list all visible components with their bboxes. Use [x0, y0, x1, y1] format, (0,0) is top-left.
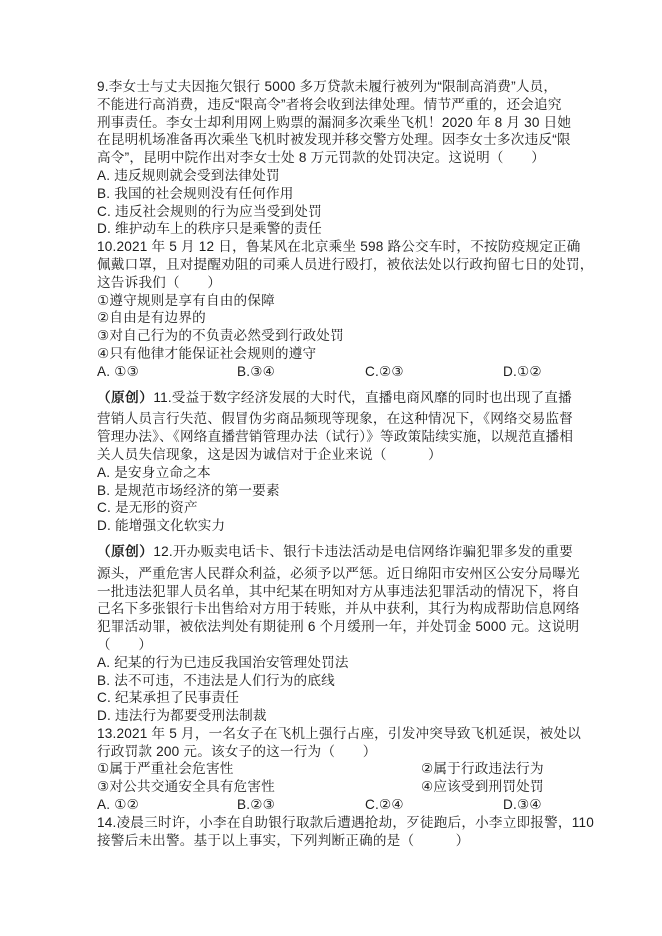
document-text-line: D. 能增强文化软实力 [97, 517, 567, 535]
document-text-line: D. 维护动车上的秩序只是乘警的责任 [97, 220, 567, 238]
document-text-line: 这告诉我们（ ） [97, 274, 567, 292]
document-text-line: A. 纪某的行为已违反我国治安管理处罚法 [97, 654, 567, 672]
document-text-line: C. 纪某承担了民事责任 [97, 689, 567, 707]
answer-option: C.②④ [365, 796, 404, 814]
statement-pair-row: ③对公共交通安全具有危害性④应该受到刑罚处罚 [97, 778, 567, 796]
answer-option: D.①② [503, 363, 542, 381]
answer-options-row: A. ①②B.②③C.②④D.③④ [97, 796, 567, 814]
question-stem-original: （原创）12.开办贩卖电话卡、银行卡违法活动是电信网络诈骗犯罪多发的重要 [97, 543, 567, 561]
document-text-line: B. 法不可违，不违法是人们行为的底线 [97, 672, 567, 690]
answer-option: A. ①② [97, 796, 139, 814]
document-text-line: 行政罚款 200 元。该女子的这一行为（ ） [97, 743, 567, 761]
document-text-line: B. 我国的社会规则没有任何作用 [97, 185, 567, 203]
document-text-line: 源头，严重危害人民群众利益，必须予以严惩。近日绵阳市安州区公安分局曝光 [97, 565, 567, 583]
answer-options-row: A. ①③B.③④C.②③D.①② [97, 363, 567, 381]
original-tag: （原创） [97, 544, 153, 559]
document-text-line: ②自由是有边界的 [97, 309, 567, 327]
document-text-line: A. 违反规则就会受到法律处罚 [97, 167, 567, 185]
question-stem-original: （原创）11.受益于数字经济发展的大时代，直播电商风靡的同时也出现了直播 [97, 389, 567, 407]
answer-option: C.②③ [365, 363, 404, 381]
original-tag: （原创） [97, 390, 153, 405]
document-text-line: 己名下多张银行卡出售给对方用于转账，并从中获利，其行为构成帮助信息网络 [97, 600, 567, 618]
document-text-line: ③对自己行为的不负责必然受到行政处罚 [97, 327, 567, 345]
document-text-line: 13.2021 年 5 月，一名女子在飞机上强行占座，引发冲突导致飞机延误，被处… [97, 725, 567, 743]
document-text-line: D. 违法行为都要受刑法制裁 [97, 707, 567, 725]
document-text-line: 关人员失信现象，这是因为诚信对于企业来说（ ） [97, 446, 567, 464]
document-text-line: 一批违法犯罪人员名单，其中纪某在明知对方从事违法犯罪活动的情况下，将自 [97, 583, 567, 601]
document-text-line: ④只有他律才能保证社会规则的遵守 [97, 345, 567, 363]
document-text-line: 佩戴口罩，且对提醒劝阻的司乘人员进行殴打，被依法处以行政拘留七日的处罚， [97, 256, 567, 274]
document-text-line: 14.凌晨三时许，小李在自助银行取款后遭遇抢劫，歹徒跑后，小李立即报警，110 [97, 814, 567, 832]
statement-left: ③对公共交通安全具有危害性 [97, 779, 275, 794]
answer-option: B.②③ [237, 796, 275, 814]
statement-left: ①属于严重社会危害性 [97, 761, 234, 776]
document-text-line: （ ） [97, 636, 567, 654]
document-page: 9.李女士与丈夫因拖欠银行 5000 多万贷款未履行被列为“限制高消费”人员，不… [0, 0, 662, 936]
document-text-line: 接警后未出警。基于以上事实，下列判断正确的是（ ） [97, 832, 567, 850]
document-text-line: C. 是无形的资产 [97, 499, 567, 517]
answer-option: B.③④ [237, 363, 275, 381]
document-text-line: 管理办法》、《网络直播营销管理办法（试行）》等政策陆续实施，以规范直播相 [97, 428, 567, 446]
document-content: 9.李女士与丈夫因拖欠银行 5000 多万贷款未履行被列为“限制高消费”人员，不… [97, 78, 567, 849]
statement-right: ④应该受到刑罚处罚 [421, 778, 544, 796]
document-text-line: C. 违反社会规则的行为应当受到处罚 [97, 203, 567, 221]
document-text-line: ①遵守规则是享有自由的保障 [97, 292, 567, 310]
document-text-line: 营销人员言行失范、假冒伪劣商品频现等现象，在这种情况下，《网络交易监督 [97, 410, 567, 428]
document-text-line: 10.2021 年 5 月 12 日，鲁某风在北京乘坐 598 路公交车时，不按… [97, 238, 567, 256]
answer-option: D.③④ [503, 796, 542, 814]
document-text-line: 犯罪活动罪，被依法判处有期徒刑 6 个月缓刑一年，并处罚金 5000 元。这说明 [97, 618, 567, 636]
document-text-line: 高令”，昆明中院作出对李女士处 8 万元罚款的处罚决定。这说明（ ） [97, 149, 567, 167]
document-text-line: A. 是安身立命之本 [97, 464, 567, 482]
document-text-line: B. 是规范市场经济的第一要素 [97, 482, 567, 500]
document-text-line: 9.李女士与丈夫因拖欠银行 5000 多万贷款未履行被列为“限制高消费”人员， [97, 78, 567, 96]
statement-right: ②属于行政违法行为 [421, 760, 544, 778]
document-text-line: 刑事责任。李女士却利用网上购票的漏洞多次乘坐飞机！2020 年 8 月 30 日… [97, 114, 567, 132]
document-text-line: 在昆明机场准备再次乘坐飞机时被发现并移交警方处理。因李女士多次违反“限 [97, 131, 567, 149]
question-stem-text: 12.开办贩卖电话卡、银行卡违法活动是电信网络诈骗犯罪多发的重要 [153, 544, 573, 559]
statement-pair-row: ①属于严重社会危害性②属于行政违法行为 [97, 760, 567, 778]
question-stem-text: 11.受益于数字经济发展的大时代，直播电商风靡的同时也出现了直播 [153, 390, 572, 405]
answer-option: A. ①③ [97, 363, 139, 381]
document-text-line: 不能进行高消费，违反“限高令”者将会收到法律处理。情节严重的，还会追究 [97, 96, 567, 114]
